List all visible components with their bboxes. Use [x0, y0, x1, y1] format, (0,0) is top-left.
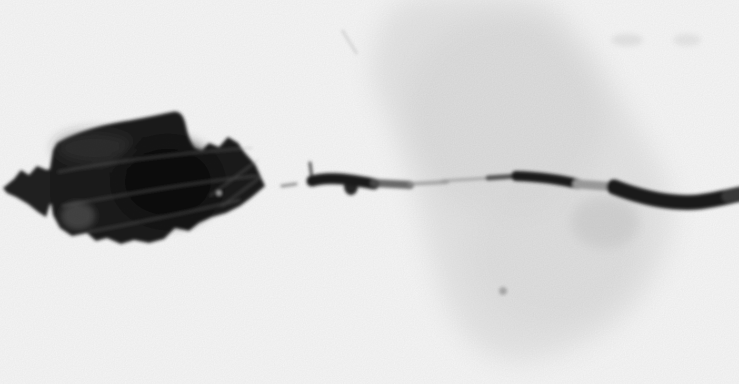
film-grain [0, 0, 739, 384]
scanned-photo [0, 0, 739, 384]
scan-canvas [0, 0, 739, 384]
